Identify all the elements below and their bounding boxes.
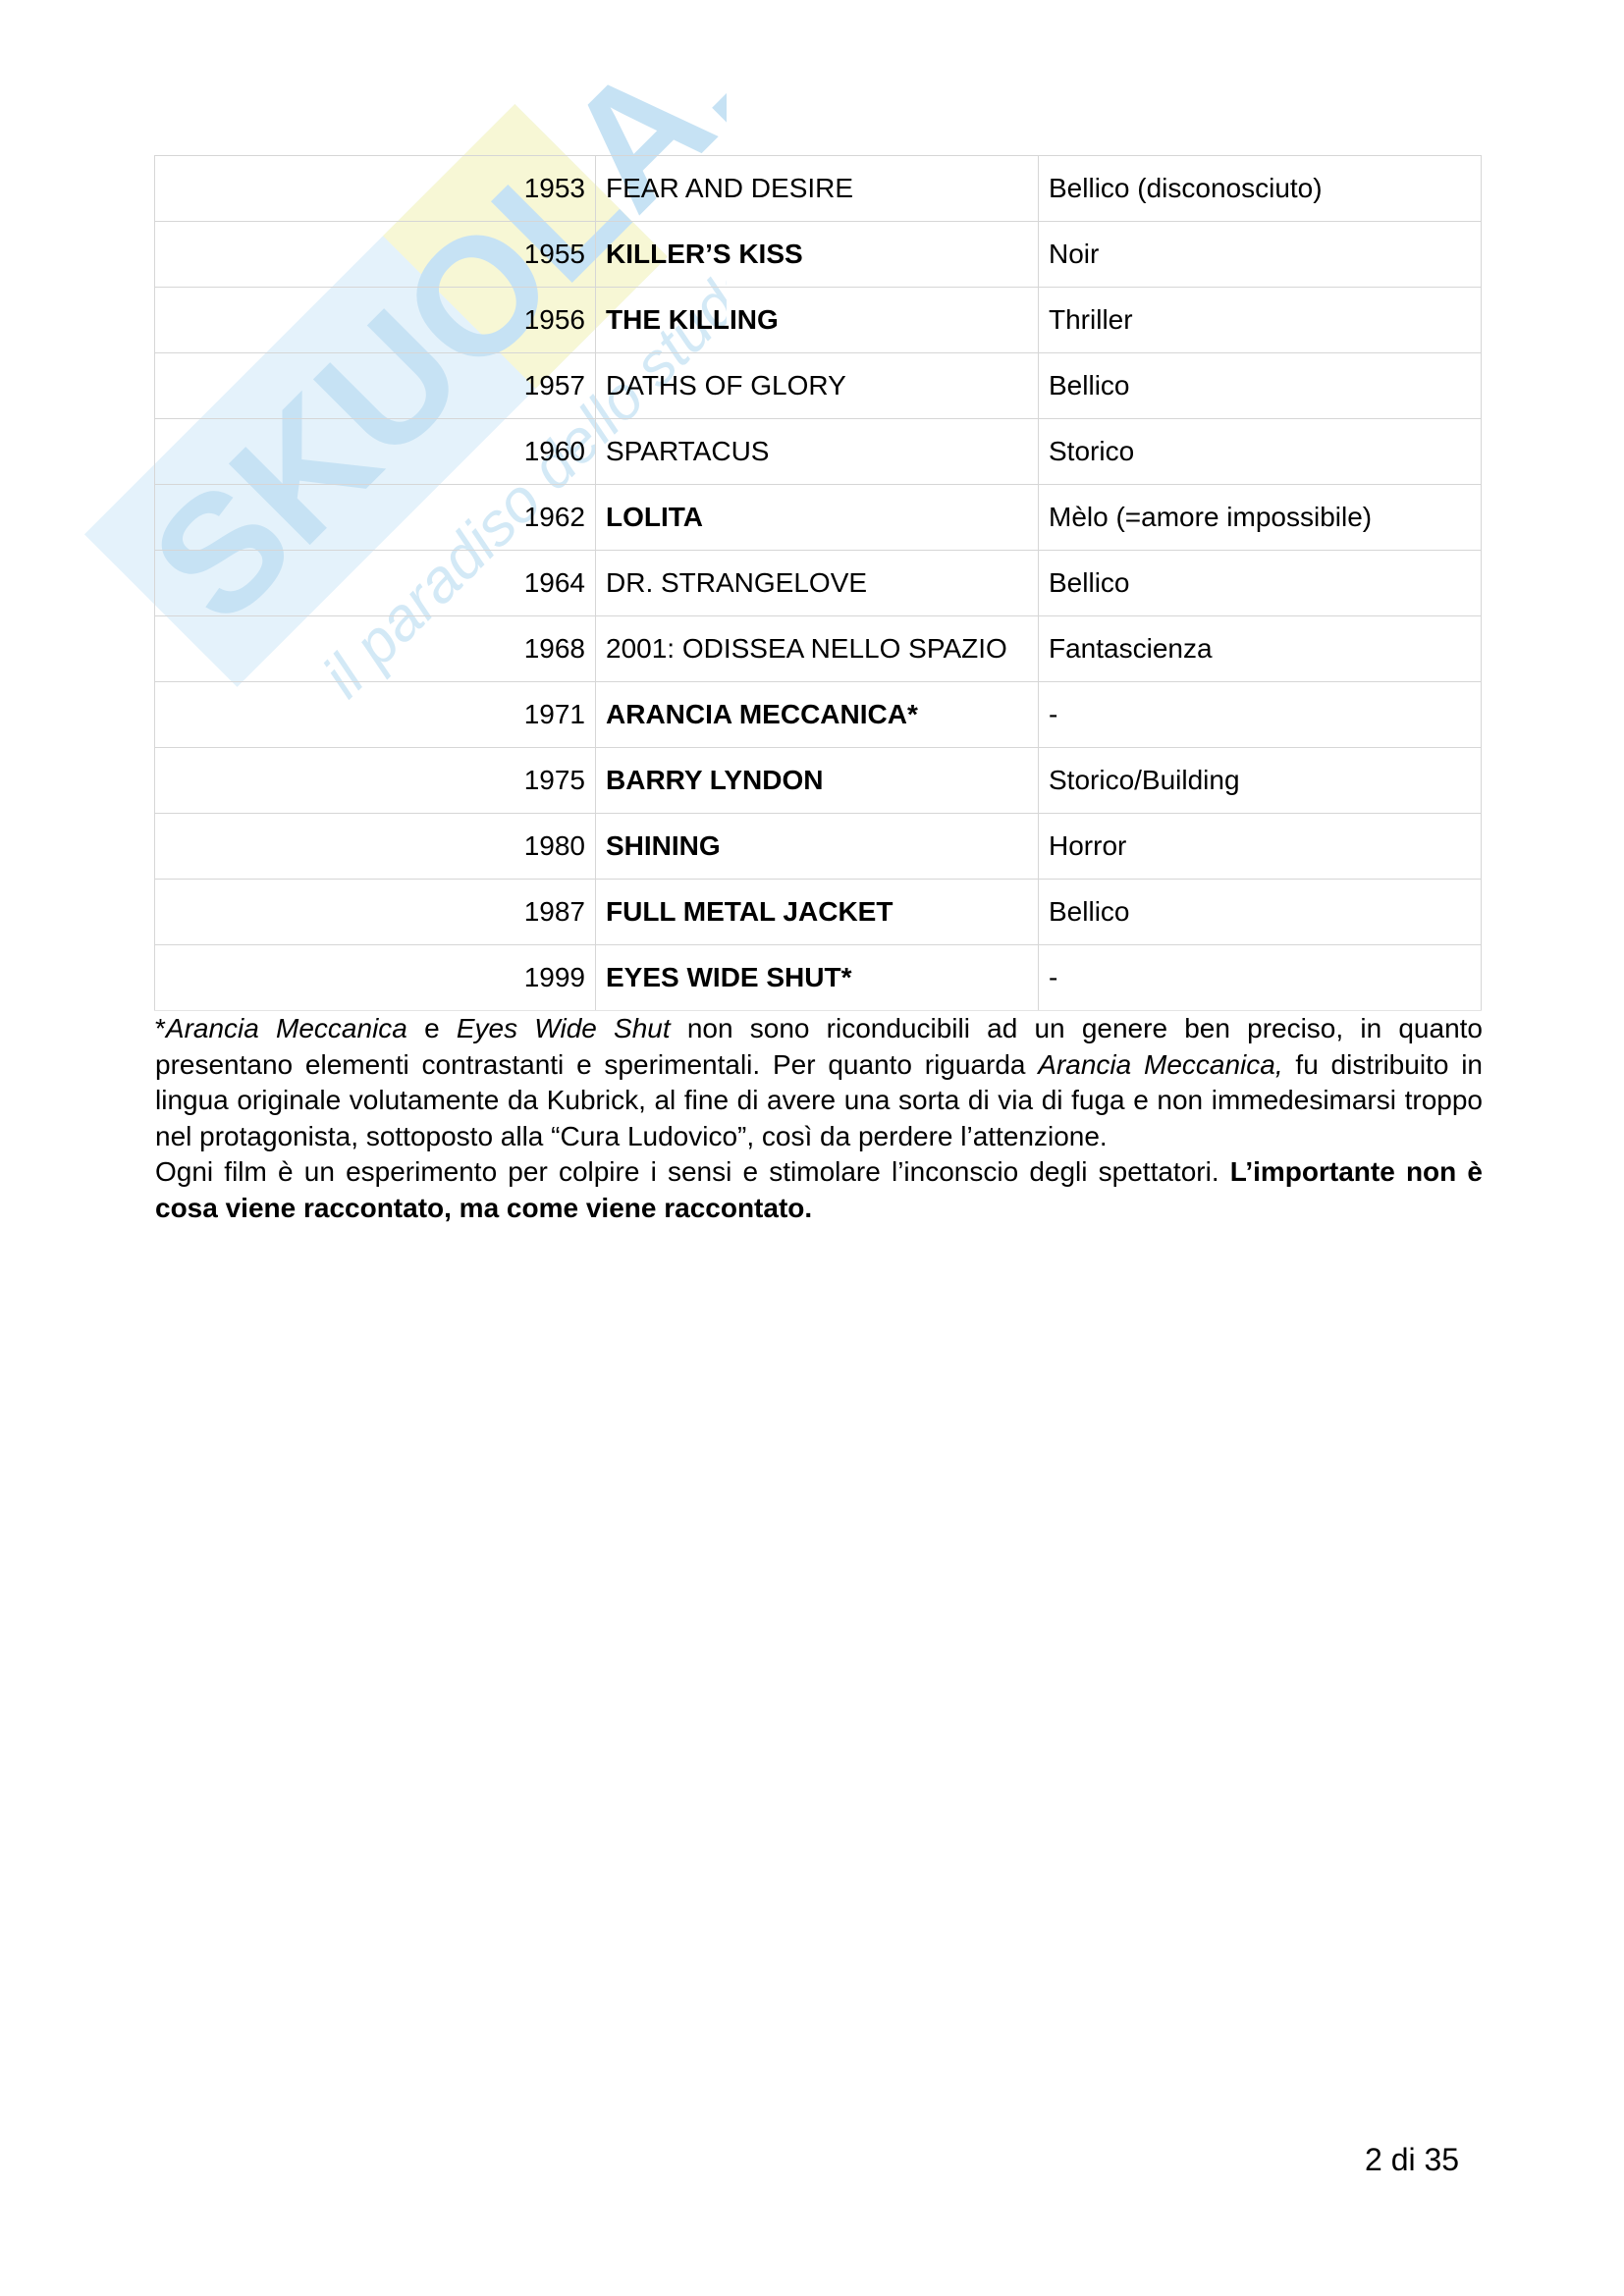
film-year: 1999 [155, 945, 596, 1011]
table-row: 1975BARRY LYNDONStorico/Building [155, 748, 1482, 814]
film-genre: Bellico (disconosciuto) [1039, 156, 1482, 222]
conclusion: Ogni film è un esperimento per colpire i… [155, 1154, 1483, 1226]
title-eyes: Eyes Wide Shut [457, 1013, 671, 1043]
film-genre: - [1039, 682, 1482, 748]
film-genre: Bellico [1039, 880, 1482, 945]
film-year: 1964 [155, 551, 596, 616]
table-row: 1964DR. STRANGELOVEBellico [155, 551, 1482, 616]
film-year: 1968 [155, 616, 596, 682]
film-genre: Noir [1039, 222, 1482, 288]
film-year: 1956 [155, 288, 596, 353]
film-year: 1987 [155, 880, 596, 945]
film-genre: Horror [1039, 814, 1482, 880]
film-title: ARANCIA MECCANICA* [596, 682, 1039, 748]
table-row: 1953FEAR AND DESIREBellico (disconosciut… [155, 156, 1482, 222]
table-row: 1957DATHS OF GLORYBellico [155, 353, 1482, 419]
film-genre: Mèlo (=amore impossibile) [1039, 485, 1482, 551]
footnote-paragraph: *Arancia Meccanica e Eyes Wide Shut non … [155, 1011, 1483, 1226]
genre-note: *Arancia Meccanica e Eyes Wide Shut non … [155, 1011, 1483, 1154]
title-arancia: Arancia Meccanica [166, 1013, 407, 1043]
film-year: 1980 [155, 814, 596, 880]
film-title: DR. STRANGELOVE [596, 551, 1039, 616]
film-title: SHINING [596, 814, 1039, 880]
film-title: EYES WIDE SHUT* [596, 945, 1039, 1011]
film-title: FULL METAL JACKET [596, 880, 1039, 945]
film-year: 1975 [155, 748, 596, 814]
film-title: FEAR AND DESIRE [596, 156, 1039, 222]
film-year: 1971 [155, 682, 596, 748]
film-year: 1957 [155, 353, 596, 419]
film-genre: Thriller [1039, 288, 1482, 353]
table-row: 1987FULL METAL JACKETBellico [155, 880, 1482, 945]
film-title: 2001: ODISSEA NELLO SPAZIO [596, 616, 1039, 682]
table-row: 1955KILLER’S KISSNoir [155, 222, 1482, 288]
film-title: BARRY LYNDON [596, 748, 1039, 814]
film-title: SPARTACUS [596, 419, 1039, 485]
table-row: 1971ARANCIA MECCANICA*- [155, 682, 1482, 748]
title-arancia-2: Arancia Meccanica, [1038, 1049, 1282, 1080]
film-title: LOLITA [596, 485, 1039, 551]
film-genre: Bellico [1039, 551, 1482, 616]
film-genre: Bellico [1039, 353, 1482, 419]
film-title: THE KILLING [596, 288, 1039, 353]
film-genre: Fantascienza [1039, 616, 1482, 682]
table-row: 1960SPARTACUSStorico [155, 419, 1482, 485]
film-year: 1962 [155, 485, 596, 551]
film-year: 1960 [155, 419, 596, 485]
table-row: 1999EYES WIDE SHUT*- [155, 945, 1482, 1011]
film-year: 1955 [155, 222, 596, 288]
film-title: DATHS OF GLORY [596, 353, 1039, 419]
table-row: 19682001: ODISSEA NELLO SPAZIOFantascien… [155, 616, 1482, 682]
film-title: KILLER’S KISS [596, 222, 1039, 288]
filmography-table: 1953FEAR AND DESIREBellico (disconosciut… [154, 155, 1482, 1011]
film-genre: Storico/Building [1039, 748, 1482, 814]
film-year: 1953 [155, 156, 596, 222]
table-row: 1980SHININGHorror [155, 814, 1482, 880]
table-row: 1962LOLITAMèlo (=amore impossibile) [155, 485, 1482, 551]
page-number: 2 di 35 [1365, 2142, 1459, 2178]
film-genre: - [1039, 945, 1482, 1011]
table-row: 1956THE KILLINGThriller [155, 288, 1482, 353]
film-genre: Storico [1039, 419, 1482, 485]
